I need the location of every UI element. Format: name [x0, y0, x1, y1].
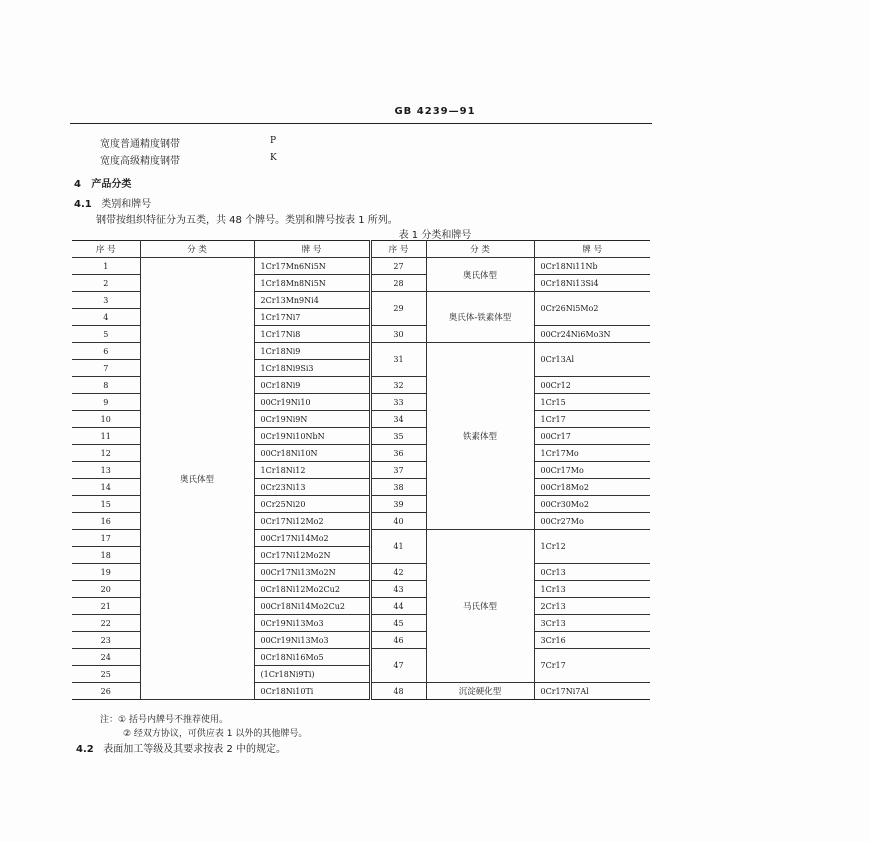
seq-cell: 1 — [72, 258, 140, 275]
grade-cell: 00Cr24Ni6Mo3N — [534, 326, 650, 343]
seq-cell: 18 — [72, 547, 140, 564]
seq-cell: 30 — [370, 326, 426, 343]
seq-cell: 44 — [370, 598, 426, 615]
seq-cell: 5 — [72, 326, 140, 343]
grade-cell: 2Cr13Mn9Ni4 — [254, 292, 370, 309]
grade-cell: 3Cr16 — [534, 632, 650, 649]
grade-cell: 1Cr17Mn6Ni5N — [254, 258, 370, 275]
seq-cell: 29 — [370, 292, 426, 326]
grade-cell: 00Cr19Ni13Mo3 — [254, 632, 370, 649]
section-4-1-heading: 4.1 类别和牌号 — [74, 195, 151, 210]
seq-cell: 17 — [72, 530, 140, 547]
grade-cell: 0Cr18Ni10Ti — [254, 683, 370, 700]
seq-cell: 20 — [72, 581, 140, 598]
seq-cell: 41 — [370, 530, 426, 564]
seq-cell: 15 — [72, 496, 140, 513]
seq-cell: 28 — [370, 275, 426, 292]
seq-cell: 14 — [72, 479, 140, 496]
grade-cell: 00Cr18Ni14Mo2Cu2 — [254, 598, 370, 615]
category-cell: 沉淀硬化型 — [426, 683, 534, 700]
seq-cell: 9 — [72, 394, 140, 411]
grade-cell: 1Cr18Mn8Ni5N — [254, 275, 370, 292]
table-header-row: 序 号 分 类 牌 号 序 号 分 类 牌 号 — [72, 241, 650, 258]
category-cell: 铁素体型 — [426, 343, 534, 530]
table-note-1: 注：① 括号内牌号不推荐使用。 — [100, 712, 228, 725]
seq-cell: 32 — [370, 377, 426, 394]
grade-cell: 1Cr17Mo — [534, 445, 650, 462]
grade-cell: 00Cr19Ni10 — [254, 394, 370, 411]
grade-cell: 00Cr18Ni10N — [254, 445, 370, 462]
seq-cell: 35 — [370, 428, 426, 445]
grade-cell: 1Cr17Ni8 — [254, 326, 370, 343]
seq-cell: 31 — [370, 343, 426, 377]
grade-cell: 0Cr26Ni5Mo2 — [534, 292, 650, 326]
seq-cell: 10 — [72, 411, 140, 428]
seq-cell: 21 — [72, 598, 140, 615]
standard-header: GB 4239—91 — [0, 106, 870, 117]
section-title: 类别和牌号 — [101, 199, 151, 210]
seq-cell: 3 — [72, 292, 140, 309]
seq-cell: 8 — [72, 377, 140, 394]
grade-cell: 0Cr18Ni11Nb — [534, 258, 650, 275]
header-grade: 牌 号 — [534, 241, 650, 258]
header-category: 分 类 — [426, 241, 534, 258]
grade-cell: 0Cr19Ni10NbN — [254, 428, 370, 445]
seq-cell: 27 — [370, 258, 426, 275]
seq-cell: 25 — [72, 666, 140, 683]
seq-cell: 6 — [72, 343, 140, 360]
seq-cell: 12 — [72, 445, 140, 462]
header-seq: 序 号 — [72, 241, 140, 258]
seq-cell: 39 — [370, 496, 426, 513]
grade-cell: 0Cr17Ni7Al — [534, 683, 650, 700]
seq-cell: 36 — [370, 445, 426, 462]
note-label: 注： — [100, 715, 118, 725]
grade-cell: 0Cr18Ni9 — [254, 377, 370, 394]
seq-cell: 2 — [72, 275, 140, 292]
section-4-2-paragraph: 4.2 表面加工等级及其要求按表 2 中的规定。 — [76, 740, 286, 755]
seq-cell: 48 — [370, 683, 426, 700]
seq-cell: 38 — [370, 479, 426, 496]
grade-cell: 00Cr17 — [534, 428, 650, 445]
seq-cell: 26 — [72, 683, 140, 700]
grade-cell: 00Cr12 — [534, 377, 650, 394]
seq-cell: 13 — [72, 462, 140, 479]
seq-cell: 22 — [72, 615, 140, 632]
document-page: GB 4239—91 宽度普通精度钢带 P 宽度高级精度钢带 K 4 产品分类 … — [0, 0, 870, 842]
grade-cell: 3Cr13 — [534, 615, 650, 632]
grade-cell: 0Cr18Ni12Mo2Cu2 — [254, 581, 370, 598]
header-category: 分 类 — [140, 241, 254, 258]
grade-cell: 1Cr18Ni9 — [254, 343, 370, 360]
section-text: 表面加工等级及其要求按表 2 中的规定。 — [103, 744, 286, 755]
category-cell: 奥氏体-铁素体型 — [426, 292, 534, 343]
section-4-heading: 4 产品分类 — [74, 175, 131, 190]
section-title: 产品分类 — [91, 179, 131, 190]
seq-cell: 42 — [370, 564, 426, 581]
seq-cell: 19 — [72, 564, 140, 581]
grade-cell: 00Cr17Mo — [534, 462, 650, 479]
grade-cell: 2Cr13 — [534, 598, 650, 615]
section-4-1-text: 钢带按组织特征分为五类，共 48 个牌号。类别和牌号按表 1 所列。 — [96, 211, 398, 226]
grade-cell: 0Cr25Ni20 — [254, 496, 370, 513]
grade-cell: 1Cr15 — [534, 394, 650, 411]
precision-code-normal: P — [270, 136, 276, 146]
grade-cell: 0Cr18Ni16Mo5 — [254, 649, 370, 666]
category-cell: 奥氏体型 — [426, 258, 534, 292]
section-number: 4.2 — [76, 744, 94, 755]
grade-cell: (1Cr18Ni9Ti) — [254, 666, 370, 683]
seq-cell: 43 — [370, 581, 426, 598]
seq-cell: 23 — [72, 632, 140, 649]
grade-cell: 00Cr17Ni14Mo2 — [254, 530, 370, 547]
precision-code-high: K — [270, 153, 277, 163]
grade-cell: 00Cr18Mo2 — [534, 479, 650, 496]
grade-cell: 0Cr19Ni9N — [254, 411, 370, 428]
category-cell: 马氏体型 — [426, 530, 534, 683]
grade-cell: 0Cr19Ni13Mo3 — [254, 615, 370, 632]
seq-cell: 45 — [370, 615, 426, 632]
grade-cell: 0Cr18Ni13Si4 — [534, 275, 650, 292]
seq-cell: 24 — [72, 649, 140, 666]
grade-cell: 1Cr18Ni12 — [254, 462, 370, 479]
seq-cell: 34 — [370, 411, 426, 428]
seq-cell: 33 — [370, 394, 426, 411]
table-note-2: ② 经双方协议，可供应表 1 以外的其他牌号。 — [123, 726, 307, 739]
grade-cell: 0Cr13 — [534, 564, 650, 581]
section-number: 4 — [74, 179, 81, 190]
seq-cell: 11 — [72, 428, 140, 445]
grade-cell: 00Cr27Mo — [534, 513, 650, 530]
grade-cell: 0Cr17Ni12Mo2N — [254, 547, 370, 564]
header-rule — [70, 123, 652, 124]
table-row: 1奥氏体型1Cr17Mn6Ni5N27奥氏体型0Cr18Ni11Nb — [72, 258, 650, 275]
seq-cell: 7 — [72, 360, 140, 377]
seq-cell: 4 — [72, 309, 140, 326]
classification-table: 序 号 分 类 牌 号 序 号 分 类 牌 号 1奥氏体型1Cr17Mn6Ni5… — [72, 240, 650, 700]
precision-label-normal: 宽度普通精度钢带 — [100, 135, 180, 150]
grade-cell: 00Cr30Mo2 — [534, 496, 650, 513]
grade-cell: 1Cr13 — [534, 581, 650, 598]
grade-cell: 1Cr17 — [534, 411, 650, 428]
header-seq: 序 号 — [370, 241, 426, 258]
grade-cell: 0Cr23Ni13 — [254, 479, 370, 496]
category-cell: 奥氏体型 — [140, 258, 254, 700]
seq-cell: 16 — [72, 513, 140, 530]
seq-cell: 46 — [370, 632, 426, 649]
note-text: ① 括号内牌号不推荐使用。 — [118, 715, 228, 725]
grade-cell: 00Cr17Ni13Mo2N — [254, 564, 370, 581]
grade-cell: 1Cr17Ni7 — [254, 309, 370, 326]
grade-cell: 1Cr18Ni9Si3 — [254, 360, 370, 377]
section-number: 4.1 — [74, 199, 92, 210]
header-grade: 牌 号 — [254, 241, 370, 258]
grade-cell: 0Cr13Al — [534, 343, 650, 377]
grade-cell: 0Cr17Ni12Mo2 — [254, 513, 370, 530]
seq-cell: 37 — [370, 462, 426, 479]
seq-cell: 47 — [370, 649, 426, 683]
precision-label-high: 宽度高级精度钢带 — [100, 152, 180, 167]
grade-cell: 7Cr17 — [534, 649, 650, 683]
grade-cell: 1Cr12 — [534, 530, 650, 564]
table-caption: 表 1 分类和牌号 — [0, 226, 870, 241]
seq-cell: 40 — [370, 513, 426, 530]
